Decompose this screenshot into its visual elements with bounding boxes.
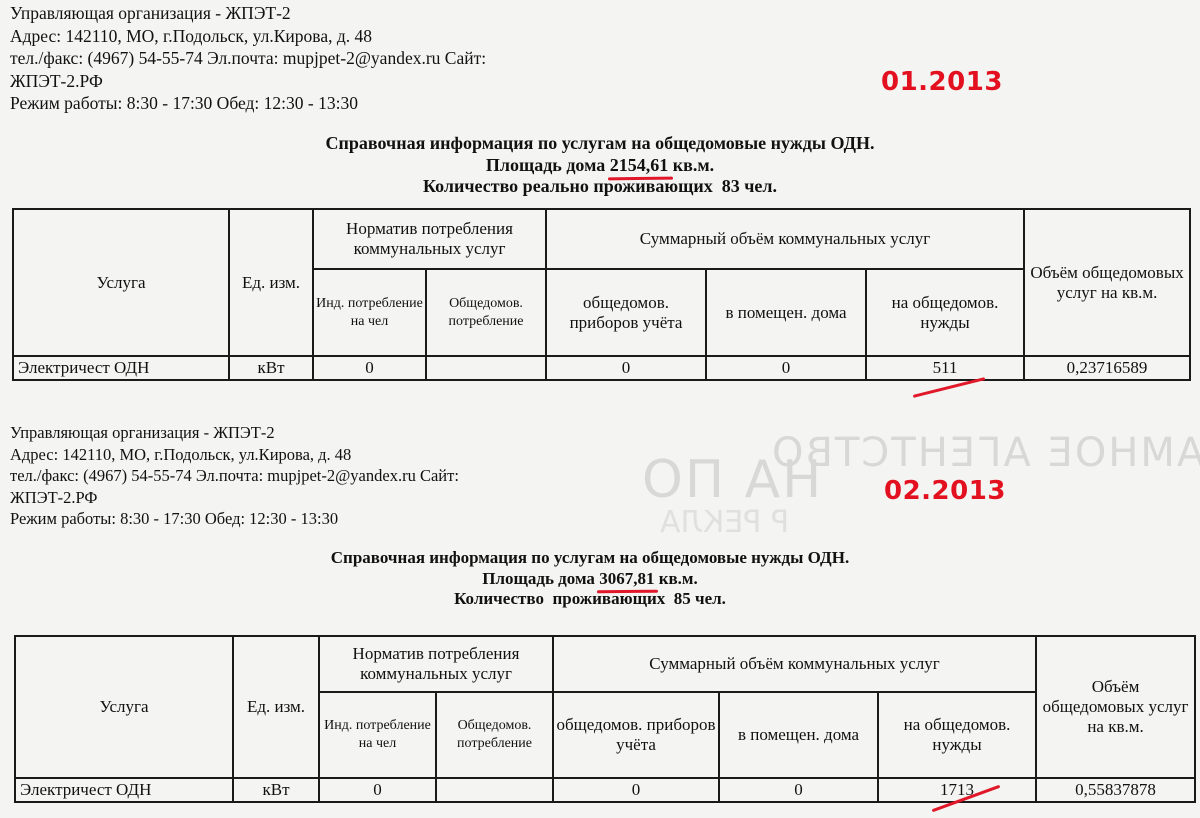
cell-meters: 0 [553, 778, 719, 802]
org-website: ЖПЭТ-2.РФ [10, 487, 459, 509]
header-norm-individual: Инд. потребление на чел [313, 269, 426, 356]
doc-titles: Справочная информация по услугам на обще… [230, 548, 950, 610]
org-hours: Режим работы: 8:30 - 17:30 Обед: 12:30 -… [10, 508, 459, 530]
header-common-needs: на общедомов. нужды [866, 269, 1024, 356]
house-area-value: 2154,61 [610, 155, 669, 177]
cell-per-sqm: 0,55837878 [1036, 778, 1195, 802]
cell-common-needs: 1713 [878, 778, 1036, 802]
cell-service: Электричест ОДН [15, 778, 233, 802]
header-total-volume: Суммарный объём коммунальных услуг [546, 209, 1024, 269]
cell-norm-individual: 0 [319, 778, 436, 802]
org-contacts: тел./факс: (4967) 54-55-74 Эл.почта: mup… [10, 465, 459, 487]
cell-common-needs: 511 [866, 356, 1024, 380]
table-row: Электричест ОДН кВт 0 0 0 1713 0,5583787… [15, 778, 1195, 802]
cell-service: Электричест ОДН [13, 356, 229, 380]
header-service: Услуга [15, 636, 233, 778]
doc-title: Справочная информация по услугам на обще… [230, 548, 950, 569]
org-contacts: тел./факс: (4967) 54-55-74 Эл.почта: mup… [10, 47, 486, 70]
period-label: 02.2013 [884, 476, 1006, 506]
header-meters: общедомов. приборов учёта [553, 692, 719, 778]
org-website: ЖПЭТ-2.РФ [10, 70, 486, 93]
org-hours: Режим работы: 8:30 - 17:30 Обед: 12:30 -… [10, 92, 486, 115]
cell-meters: 0 [546, 356, 706, 380]
cell-norm-individual: 0 [313, 356, 426, 380]
residents-count: Количество реально проживающих 83 чел. [230, 176, 970, 198]
header-norm-individual: Инд. потребление на чел [319, 692, 436, 778]
odn-table: Услуга Ед. изм. Норматив потребления ком… [14, 635, 1196, 803]
house-area-value: 3067,81 [599, 569, 654, 590]
show-through-text: Р РЕКЛА [660, 505, 789, 540]
cell-norm-common [436, 778, 553, 802]
header-norm-common: Общедомов. потребление [436, 692, 553, 778]
house-area: Площадь дома 3067,81 кв.м. [230, 569, 950, 590]
header-unit: Ед. изм. [233, 636, 319, 778]
period-label: 01.2013 [881, 67, 1003, 97]
org-name: Управляющая организация - ЖПЭТ-2 [10, 422, 459, 444]
show-through-text: НА ПО [640, 450, 821, 510]
org-address: Адрес: 142110, МО, г.Подольск, ул.Кирова… [10, 444, 459, 466]
header-premises: в помещен. дома [706, 269, 866, 356]
doc-title: Справочная информация по услугам на обще… [230, 133, 970, 155]
house-area: Площадь дома 2154,61 кв.м. [230, 155, 970, 177]
cell-unit: кВт [233, 778, 319, 802]
header-unit: Ед. изм. [229, 209, 313, 356]
header-norm-common: Общедомов. потребление [426, 269, 546, 356]
org-info: Управляющая организация - ЖПЭТ-2 Адрес: … [10, 2, 486, 115]
doc-titles: Справочная информация по услугам на обще… [230, 133, 970, 198]
cell-unit: кВт [229, 356, 313, 380]
table-row: Электричест ОДН кВт 0 0 0 511 0,23716589 [13, 356, 1190, 380]
header-total-volume: Суммарный объём коммунальных услуг [553, 636, 1036, 692]
residents-count: Количество проживающих 85 чел. [230, 589, 950, 610]
org-name: Управляющая организация - ЖПЭТ-2 [10, 2, 486, 25]
header-per-sqm: Объём общедомовых услуг на кв.м. [1036, 636, 1195, 778]
cell-norm-common [426, 356, 546, 380]
header-common-needs: на общедомов. нужды [878, 692, 1036, 778]
header-meters: общедомов. приборов учёта [546, 269, 706, 356]
header-premises: в помещен. дома [719, 692, 878, 778]
header-norm: Норматив потребления коммунальных услуг [319, 636, 553, 692]
cell-premises: 0 [719, 778, 878, 802]
cell-per-sqm: 0,23716589 [1024, 356, 1190, 380]
header-per-sqm: Объём общедомовых услуг на кв.м. [1024, 209, 1190, 356]
org-address: Адрес: 142110, МО, г.Подольск, ул.Кирова… [10, 25, 486, 48]
show-through-text: РЕКЛАМНОЕ АГЕНТСТВО [770, 430, 1200, 476]
header-service: Услуга [13, 209, 229, 356]
header-norm: Норматив потребления коммунальных услуг [313, 209, 546, 269]
cell-premises: 0 [706, 356, 866, 380]
odn-table: Услуга Ед. изм. Норматив потребления ком… [12, 208, 1191, 381]
org-info: Управляющая организация - ЖПЭТ-2 Адрес: … [10, 422, 459, 530]
